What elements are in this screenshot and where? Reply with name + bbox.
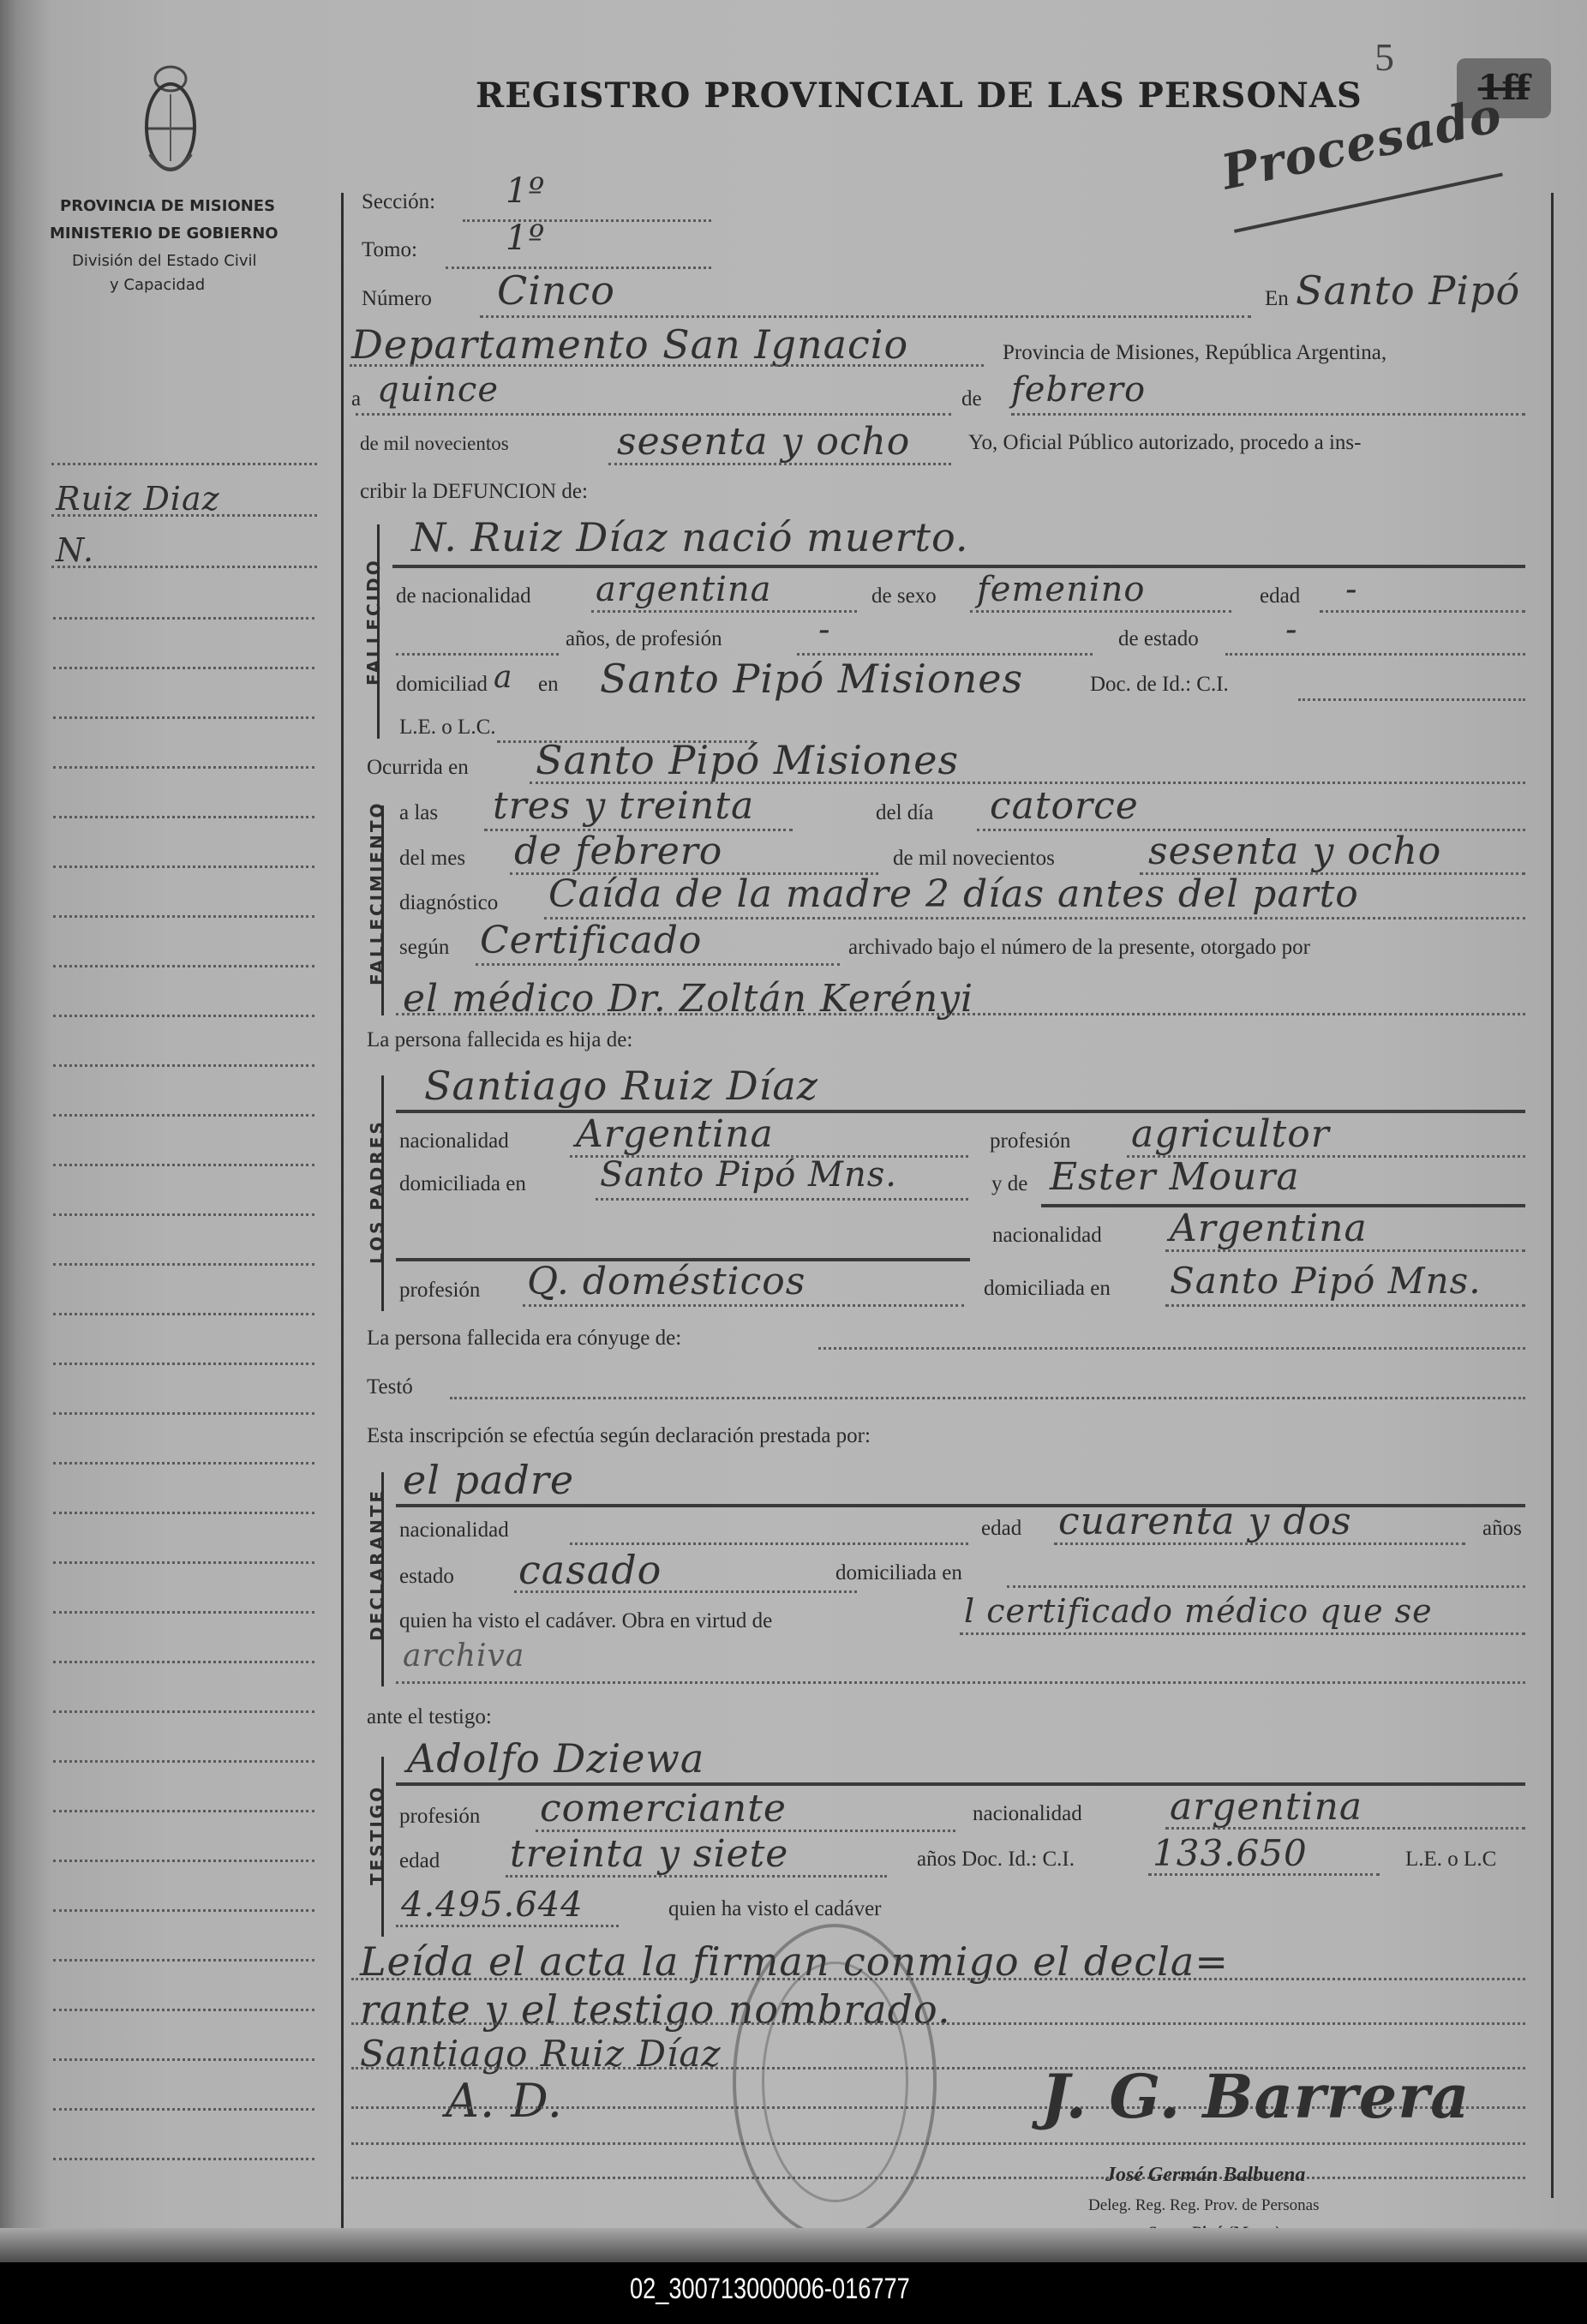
madre-nacionalidad: Argentina: [1170, 1207, 1368, 1250]
departamento-value: Departamento San Ignacio: [351, 321, 908, 368]
seccion-label: Sección:: [362, 190, 435, 214]
madre-nacionalidad-label: nacionalidad: [992, 1224, 1102, 1248]
archivado-text: archivado bajo el número de la presente,…: [848, 936, 1310, 960]
testigo-intro: ante el testigo:: [367, 1705, 492, 1729]
declarante-estado-label: estado: [399, 1565, 454, 1589]
testigo-le-lc: 4.495.644: [401, 1885, 584, 1925]
margin-line: [53, 1710, 314, 1713]
field-line: [450, 1397, 1525, 1399]
field-line: [523, 1304, 964, 1307]
provincia-text: Provincia de Misiones, República Argenti…: [1003, 341, 1386, 365]
margin-line: [53, 866, 314, 868]
nacionalidad-label: de nacionalidad: [396, 584, 531, 608]
testigo-edad-label: edad: [399, 1849, 440, 1873]
declarante-nacionalidad-label: nacionalidad: [399, 1518, 509, 1542]
margin-line: [53, 1512, 314, 1514]
profesion-value: -: [818, 610, 831, 650]
margin-line: [53, 1363, 314, 1365]
folio-number: 5: [1374, 34, 1394, 80]
numero-label: Número: [362, 287, 432, 311]
field-line: [506, 1875, 887, 1878]
tomo-value: 1º: [506, 219, 545, 258]
anios-profesion-label: años, de profesión: [566, 627, 722, 651]
field-line: [351, 2142, 1525, 2145]
testigo-profesion: comerciante: [540, 1787, 787, 1830]
de-label: de: [961, 387, 982, 411]
field-line: [476, 963, 840, 966]
anio-prefix: de mil novecientos: [360, 433, 509, 455]
padres-section-label: LOS PADRES: [367, 1119, 387, 1264]
field-line: [396, 1013, 1525, 1015]
margin-line: [53, 667, 314, 669]
margin-line: [53, 1561, 314, 1564]
declarante-anios-label: años: [1482, 1517, 1522, 1541]
margin-line: [53, 816, 314, 818]
name-rule: [396, 1504, 1525, 1507]
virtud-value: l certificado médico que se: [964, 1592, 1433, 1630]
testigo-nacionalidad: argentina: [1170, 1785, 1362, 1829]
madre-profesion-label: profesión: [399, 1279, 480, 1303]
margin-line: [53, 716, 314, 719]
testigo-nombre: Adolfo Dziewa: [407, 1735, 704, 1782]
firma-oficial: J. G. Barrera: [1041, 2061, 1470, 2132]
hora-value: tres y treinta: [493, 784, 754, 828]
field-line: [1298, 698, 1525, 701]
testigo-nacionalidad-label: nacionalidad: [973, 1802, 1082, 1826]
mes-value: febrero: [1011, 370, 1146, 410]
edad-label: edad: [1260, 584, 1300, 608]
seccion-value: 1º: [506, 171, 545, 211]
field-line: [1165, 1249, 1525, 1252]
margin-line: [51, 463, 317, 465]
testigo-section-label: TESTIGO: [367, 1785, 387, 1885]
fallecimiento-dia-value: catorce: [990, 784, 1139, 828]
field-line: [480, 315, 1251, 318]
diagnostico-value: Caída de la madre 2 días antes del parto: [548, 872, 1359, 916]
testigo-le-lc-label: L.E. o L.C: [1405, 1848, 1496, 1872]
margin-line: [53, 1611, 314, 1614]
margin-line: [53, 2009, 314, 2011]
field-line: [1320, 610, 1525, 613]
margin-line: [53, 1015, 314, 1017]
margin-line: [53, 1810, 314, 1812]
hora-label: a las: [399, 801, 438, 825]
document-page: PROVINCIA DE MISIONES MINISTERIO DE GOBI…: [0, 0, 1587, 2262]
margin-line: [53, 1114, 314, 1117]
scan-image-id: 02_300713000006-016777: [630, 2273, 910, 2306]
padre-nacionalidad-label: nacionalidad: [399, 1129, 509, 1153]
fallecido-nombre: N. Ruiz Díaz nació muerto.: [411, 514, 969, 560]
tomo-label: Tomo:: [362, 238, 417, 262]
margin-line: [53, 1959, 314, 1962]
madre-label: y de: [991, 1172, 1027, 1196]
margin-line: [53, 1462, 314, 1464]
testigo-edad: treinta y siete: [510, 1832, 788, 1876]
field-line: [356, 413, 951, 416]
document-title: REGISTRO PROVINCIAL DE LAS PERSONAS: [476, 75, 1362, 116]
sexo-value: femenino: [977, 570, 1145, 609]
le-lc-label: L.E. o L.C.: [399, 716, 496, 740]
field-line: [818, 1347, 1525, 1350]
ocurrida-value: Santo Pipó Misiones: [536, 737, 959, 783]
fallecimiento-section-label: FALLECIMIENTO: [367, 800, 387, 985]
official-seal-icon: [733, 1924, 937, 2239]
testigo-doc-label: años Doc. Id.: C.I.: [917, 1848, 1075, 1872]
margin-line: [51, 566, 317, 568]
field-line: [1225, 653, 1525, 656]
right-border: [1551, 193, 1554, 2198]
padre-profesion: agricultor: [1131, 1112, 1330, 1156]
margin-line: [53, 1213, 314, 1216]
margin-line: [53, 965, 314, 967]
mes-label: del mes: [399, 847, 465, 871]
field-line: [970, 610, 1231, 613]
field-line: [608, 463, 951, 465]
en-label: En: [1265, 287, 1289, 311]
declarante-edad-label: edad: [981, 1517, 1021, 1541]
margin-line: [53, 1164, 314, 1166]
argentine-coat-of-arms-icon: [141, 60, 200, 189]
domicilio-en-label: en: [538, 673, 559, 697]
field-line: [396, 1681, 1525, 1684]
declarante-nombre: el padre: [403, 1457, 574, 1503]
margin-initial-note: N.: [56, 531, 94, 569]
inscripcion-text: Esta inscripción se efectúa según declar…: [367, 1424, 871, 1448]
madre-nombre: Ester Moura: [1050, 1155, 1300, 1199]
dia-value: quince: [377, 370, 499, 410]
padre-profesion-label: profesión: [990, 1129, 1070, 1153]
field-line: [1054, 1542, 1465, 1545]
oficial-cargo: Deleg. Reg. Reg. Prov. de Personas: [1088, 2196, 1319, 2215]
margin-line: [53, 1313, 314, 1315]
name-rule: [392, 565, 1525, 568]
diagnostico-label: diagnóstico: [399, 891, 498, 915]
margin-divider: [341, 193, 344, 2284]
field-line: [570, 1542, 968, 1545]
en-value: Santo Pipó: [1296, 267, 1520, 314]
oficial-nombre: José Germán Balbuena: [1105, 2164, 1305, 2187]
fallecimiento-mes-value: de febrero: [514, 830, 722, 873]
ministry-line-1: PROVINCIA DE MISIONES: [60, 197, 275, 215]
testo-label: Testó: [367, 1375, 413, 1399]
padre-nacionalidad: Argentina: [576, 1112, 774, 1156]
fallecimiento-anio-value: sesenta y ocho: [1148, 830, 1441, 873]
margin-line: [53, 1860, 314, 1862]
field-line: [351, 1978, 1525, 1980]
fallecido-section-label: FALLECIDO: [363, 558, 384, 686]
madre-domicilio: Santo Pipó Mns.: [1170, 1260, 1482, 1302]
segun-value: Certificado: [480, 919, 702, 962]
margin-line: [53, 1760, 314, 1763]
field-line: [1165, 1304, 1525, 1307]
ministry-line-2: MINISTERIO DE GOBIERNO: [50, 225, 278, 243]
field-line: [1165, 1827, 1525, 1830]
field-line: [351, 2022, 1525, 2025]
testigo-profesion-label: profesión: [399, 1805, 480, 1829]
domicilio-value: Santo Pipó Misiones: [600, 656, 1023, 702]
field-line: [1007, 1585, 1525, 1588]
doc-label: Doc. de Id.: C.I.: [1090, 673, 1229, 697]
declarante-estado: casado: [518, 1547, 662, 1593]
conyuge-label: La persona fallecida era cónyuge de:: [367, 1327, 681, 1351]
field-line: [960, 1632, 1525, 1635]
nacionalidad-value: argentina: [596, 570, 771, 609]
dia-label: del día: [876, 801, 933, 825]
edad-value: -: [1345, 570, 1358, 609]
field-line: [351, 2177, 1525, 2179]
domicilio-suffix: a: [494, 660, 512, 695]
virtud-cont-value: archiva: [403, 1638, 524, 1674]
declarante-edad: cuarenta y dos: [1058, 1500, 1352, 1543]
padre-domicilio-label: domiciliada en: [399, 1172, 526, 1196]
field-line: [396, 1925, 619, 1927]
margin-line: [53, 2058, 314, 2061]
a-label: a: [351, 387, 361, 411]
margin-line: [53, 2158, 314, 2160]
margin-line: [53, 2108, 314, 2111]
field-line: [596, 1198, 968, 1201]
margin-line: [53, 1661, 314, 1663]
estado-label: de estado: [1118, 627, 1199, 651]
margin-line: [53, 915, 314, 918]
field-line: [1011, 413, 1525, 416]
field-line: [396, 653, 559, 656]
page-edge-shadow: [0, 2228, 1587, 2262]
visto-text: quien ha visto el cadáver. Obra en virtu…: [399, 1609, 772, 1633]
inscribir-text: cribir la DEFUNCION de:: [360, 480, 588, 504]
margin-line: [53, 617, 314, 620]
segun-label: según: [399, 936, 449, 960]
margin-surname-note: Ruiz Diaz: [56, 480, 220, 518]
numero-value: Cinco: [497, 267, 615, 314]
ministry-line-3: División del Estado Civil: [72, 252, 256, 270]
padres-intro: La persona fallecida es hija de:: [367, 1028, 632, 1052]
testigo-visto-text: quien ha visto el cadáver: [668, 1897, 882, 1921]
name-rule: [396, 1110, 1525, 1113]
anio-value: sesenta y ocho: [617, 420, 910, 464]
margin-line: [53, 1263, 314, 1266]
margin-line: [53, 1412, 314, 1415]
madre-profesion: Q. domésticos: [527, 1260, 805, 1303]
margin-line: [51, 514, 317, 517]
margin-line: [53, 1064, 314, 1067]
testigo-doc-ci: 133.650: [1153, 1832, 1308, 1874]
padre-domicilio: Santo Pipó Mns.: [600, 1155, 897, 1195]
field-line: [1148, 1873, 1380, 1876]
domicilio-label: domiciliad: [396, 673, 488, 697]
field-line: [463, 219, 711, 222]
madre-domicilio-label: domiciliada en: [984, 1277, 1111, 1301]
fallecimiento-anio-label: de mil novecientos: [893, 847, 1055, 871]
padre-nombre: Santiago Ruiz Díaz: [424, 1063, 818, 1109]
declarante-domicilio-label: domiciliada en: [835, 1561, 962, 1585]
ocurrida-label: Ocurrida en: [367, 756, 469, 780]
sexo-label: de sexo: [871, 584, 937, 608]
field-line: [514, 1590, 857, 1593]
ministry-line-4: y Capacidad: [110, 276, 205, 294]
firma-testigo: A. D.: [446, 2074, 563, 2128]
margin-line: [53, 1909, 314, 1912]
oficial-text: Yo, Oficial Público autorizado, procedo …: [968, 431, 1361, 455]
margin-line: [53, 766, 314, 769]
field-line: [591, 610, 857, 613]
field-line: [350, 364, 984, 367]
declarante-section-label: DECLARANTE: [367, 1488, 387, 1641]
estado-value: -: [1285, 610, 1298, 650]
